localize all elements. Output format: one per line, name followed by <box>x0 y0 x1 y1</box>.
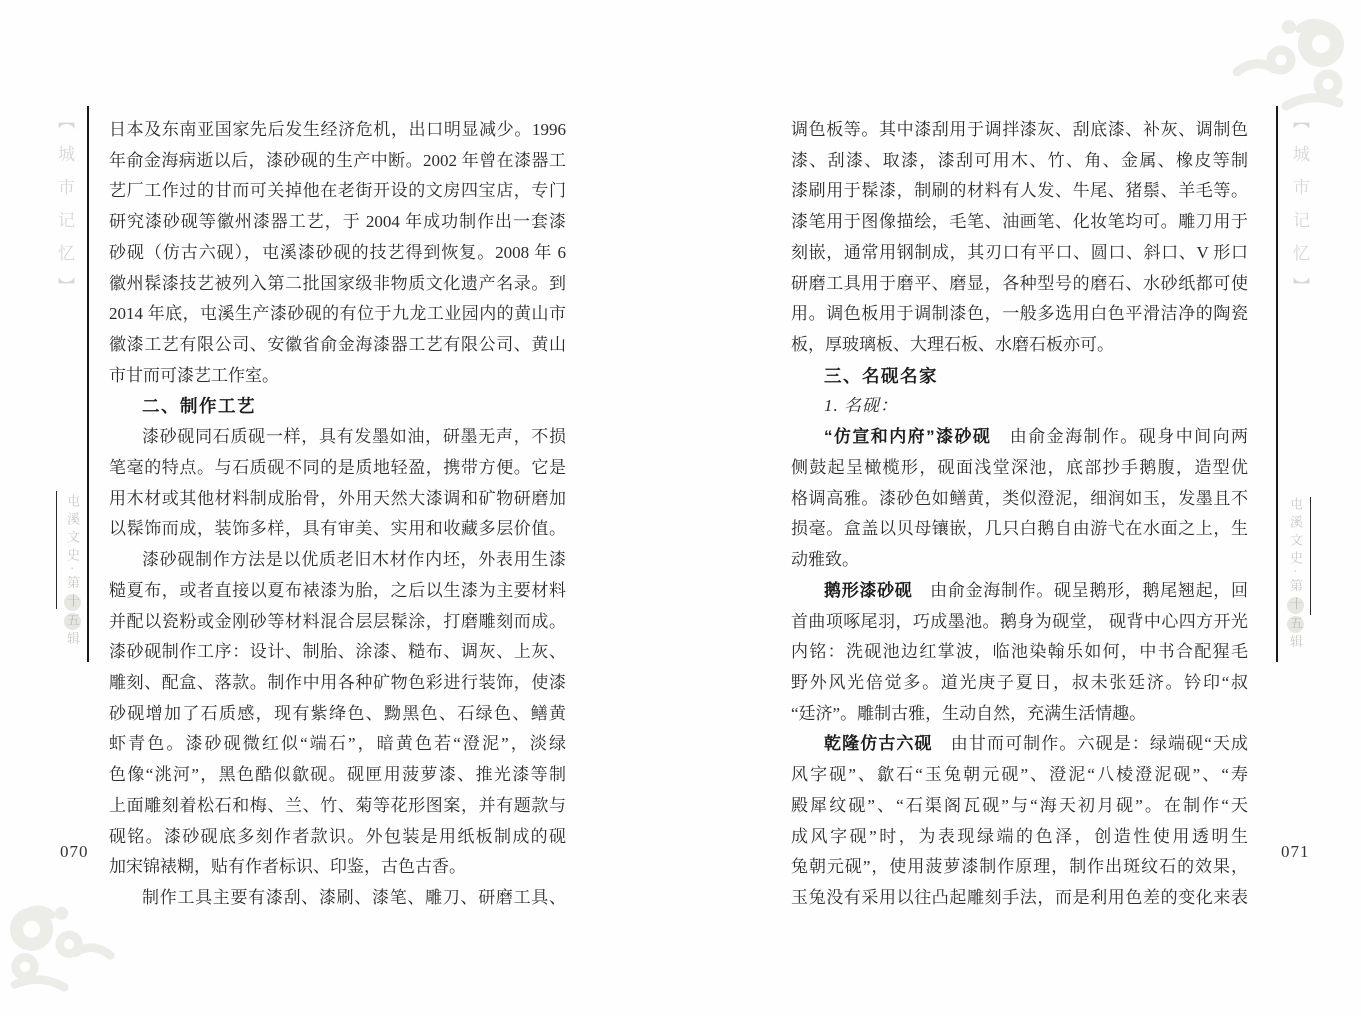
text-line: 漆、刮漆、取漆，漆刮可用木、竹、角、金属、橡皮等制成。 <box>791 146 1248 177</box>
text-line: 砚铭。漆砂砚底多刻作者款识。外包装是用纸板制成的砚盒， <box>109 822 566 853</box>
bracket-open: 【 <box>55 112 74 145</box>
right-page-text-column: 调色板等。其中漆刮用于调拌漆灰、刮底漆、补灰、调制色漆、刮漆、取漆，漆刮可用木、… <box>791 115 1248 914</box>
text-line: “廷济”。雕制古雅，生动自然，充满生活情趣。 <box>791 699 1248 730</box>
left-collection-label: 【城市记忆】 <box>52 112 77 310</box>
text-line: 砂砚增加了石质感，现有紫绛色、黝黑色、石绿色、鳝黄色、 <box>109 699 566 730</box>
run-in-bold-heading: 鹅形漆砂砚 <box>824 581 912 600</box>
text-line: 制作工具主要有漆刮、漆刷、漆笔、雕刀、研磨工具、 <box>109 883 566 914</box>
text-line: 动雅致。 <box>791 545 1248 576</box>
bracket-close: 】 <box>1290 277 1309 310</box>
run-in-bold-heading: 乾隆仿古六砚 <box>824 734 933 753</box>
text-line: 研究漆砂砚等徽州漆器工艺，于 2004 年成功制作出一套漆 <box>109 207 566 238</box>
series-volume-seal: 十 <box>1287 597 1304 614</box>
book-spread: 【城市记忆】 【城市记忆】 屯溪文史·第十五辑 屯溪文史·第十五辑 070 07… <box>0 0 1361 1016</box>
left-page-text-column: 日本及东南亚国家先后发生经济危机，出口明显减少。1996年俞金海病逝以后，漆砂砚… <box>109 115 566 914</box>
left-margin-rule <box>87 106 89 662</box>
section-heading: 二、制作工艺 <box>109 391 566 422</box>
text-line: 内铭：洗砚池边红掌波，临池染翰乐如何，中书合配猩毛使， <box>791 637 1248 668</box>
cloud-ornament-top-right <box>1229 14 1361 114</box>
text-line: “仿宣和内府”漆砂砚 由俞金海制作。砚身中间向两 <box>791 422 1248 453</box>
right-margin-rule <box>1276 106 1278 662</box>
text-line: 乾隆仿古六砚 由甘而可制作。六砚是：绿端砚“天成 <box>791 729 1248 760</box>
text-line: 首曲项啄尾羽，巧成墨池。鹅身为砚堂， 砚背中心四方开光 <box>791 607 1248 638</box>
text-line: 野外风光倍觉多。道光庚子夏日，叔未张廷济。钤印“叔未”、 <box>791 668 1248 699</box>
text-line: 徽漆工艺有限公司、安徽省俞金海漆器工艺有限公司、黄山 <box>109 330 566 361</box>
text-line: 漆笔用于图像描绘，毛笔、油画笔、化妆笔均可。雕刀用于 <box>791 207 1248 238</box>
text-line: 2014 年底，屯溪生产漆砂砚的有位于九龙工业园内的黄山市 <box>109 299 566 330</box>
text-line: 风字砚”、歙石“玉兔朝元砚”、澄泥“八棱澄泥砚”、“寿 <box>791 760 1248 791</box>
series-volume-seal: 五 <box>64 613 81 630</box>
text-line: 1. 名砚： <box>791 391 1248 422</box>
text-line: 艺厂工作过的甘而可关掉他在老街开设的文房四宝店，专门 <box>109 176 566 207</box>
text-line: 漆刷用于髹漆，制刷的材料有人发、牛尾、猪鬃、羊毛等。 <box>791 176 1248 207</box>
text-line: 漆砂砚同石质砚一样，具有发墨如油，研墨无声，不损 <box>109 422 566 453</box>
series-volume-seal: 十 <box>64 594 81 611</box>
text-line: 市甘而可漆艺工作室。 <box>109 361 566 392</box>
text-line: 用。调色板用于调制漆色，一般多选用白色平滑洁净的陶瓷 <box>791 299 1248 330</box>
text-line: 砂砚（仿古六砚），屯溪漆砂砚的技艺得到恢复。2008 年 6 月， <box>109 238 566 269</box>
cloud-ornament-bottom-left <box>0 896 118 1000</box>
right-series-rule <box>1310 497 1311 615</box>
text-line: 加宋锦裱糊，贴有作者标识、印鉴，古色古香。 <box>109 852 566 883</box>
right-page-number: 071 <box>1281 842 1310 862</box>
text-line: 年俞金海病逝以后，漆砂砚的生产中断。2002 年曾在漆器工 <box>109 146 566 177</box>
text-line: 成风字砚”时，为表现绿端的色泽，创造性使用透明生漆；“玉 <box>791 822 1248 853</box>
text-line: 鹅形漆砂砚 由俞金海制作。砚呈鹅形，鹅尾翘起，回 <box>791 576 1248 607</box>
text-line: 兔朝元砚”，使用菠萝漆制作原理，制作出斑纹石的效果， <box>791 852 1248 883</box>
text-line: 漆砂砚制作方法是以优质老旧木材作内坯，外表用生漆 <box>109 545 566 576</box>
run-in-bold-heading: “仿宣和内府”漆砂砚 <box>824 427 991 446</box>
text-line: 研磨工具用于磨平、磨显，各种型号的磨石、水砂纸都可使 <box>791 269 1248 300</box>
text-line: 虾青色。漆砂砚微红似“端石”，暗黄色若“澄泥”，淡绿 <box>109 729 566 760</box>
text-line: 损毫。盒盖以贝母镶嵌，几只白鹅自由游弋在水面之上，生 <box>791 514 1248 545</box>
text-line: 笔毫的特点。与石质砚不同的是质地轻盈，携带方便。它是 <box>109 453 566 484</box>
series-volume-seal: 五 <box>1287 616 1304 633</box>
text-line: 玉兔没有采用以往凸起雕刻手法，而是利用色差的变化来表 <box>791 883 1248 914</box>
text-line: 板，厚玻璃板、大理石板、水磨石板亦可。 <box>791 330 1248 361</box>
text-line: 色像“洮河”，黑色酷似歙砚。砚匣用菠萝漆、推光漆等制成， <box>109 760 566 791</box>
collection-label-text: 城市记忆 <box>55 145 74 277</box>
left-series-rule <box>56 491 57 609</box>
text-line: 糙夏布，或者直接以夏布裱漆为胎，之后以生漆为主要材料 <box>109 576 566 607</box>
text-line: 徽州髹漆技艺被列入第二批国家级非物质文化遗产名录。到 <box>109 269 566 300</box>
text-line: 侧鼓起呈橄榄形，砚面浅堂深池，底部抄手鹅腹，造型优美， <box>791 453 1248 484</box>
text-line: 雕刻、配盒、落款。制作中用各种矿物色彩进行装饰，使漆 <box>109 668 566 699</box>
text-line: 格调高雅。漆砂色如鳝黄，类似澄泥，细润如玉，发墨且不 <box>791 484 1248 515</box>
left-series-label: 屯溪文史·第十五辑 <box>63 494 82 649</box>
text-line: 以髹饰而成，装饰多样，具有审美、实用和收藏多层价值。 <box>109 514 566 545</box>
text-line: 并配以瓷粉或金刚砂等材料混合层层髹涂，打磨雕刻而成。 <box>109 607 566 638</box>
text-line: 调色板等。其中漆刮用于调拌漆灰、刮底漆、补灰、调制色 <box>791 115 1248 146</box>
right-collection-label: 【城市记忆】 <box>1287 112 1312 310</box>
text-line: 殿犀纹砚”、“石渠阁瓦砚”与“海天初月砚”。在制作“天 <box>791 791 1248 822</box>
left-page-number: 070 <box>60 842 89 862</box>
text-line: 日本及东南亚国家先后发生经济危机，出口明显减少。1996 <box>109 115 566 146</box>
text-line: 用木材或其他材料制成胎骨，外用天然大漆调和矿物研磨加 <box>109 484 566 515</box>
bracket-close: 】 <box>55 277 74 310</box>
text-line: 刻嵌，通常用钢制成，其刃口有平口、圆口、斜口、V 形口等。 <box>791 238 1248 269</box>
text-line: 上面雕刻着松石和梅、兰、竹、菊等花形图案，并有题款与 <box>109 791 566 822</box>
bracket-open: 【 <box>1290 112 1309 145</box>
text-line: 漆砂砚制作工序：设计、制胎、涂漆、糙布、调灰、上灰、 <box>109 637 566 668</box>
section-heading: 三、名砚名家 <box>791 361 1248 392</box>
right-series-label: 屯溪文史·第十五辑 <box>1286 497 1305 652</box>
collection-label-text: 城市记忆 <box>1290 145 1309 277</box>
